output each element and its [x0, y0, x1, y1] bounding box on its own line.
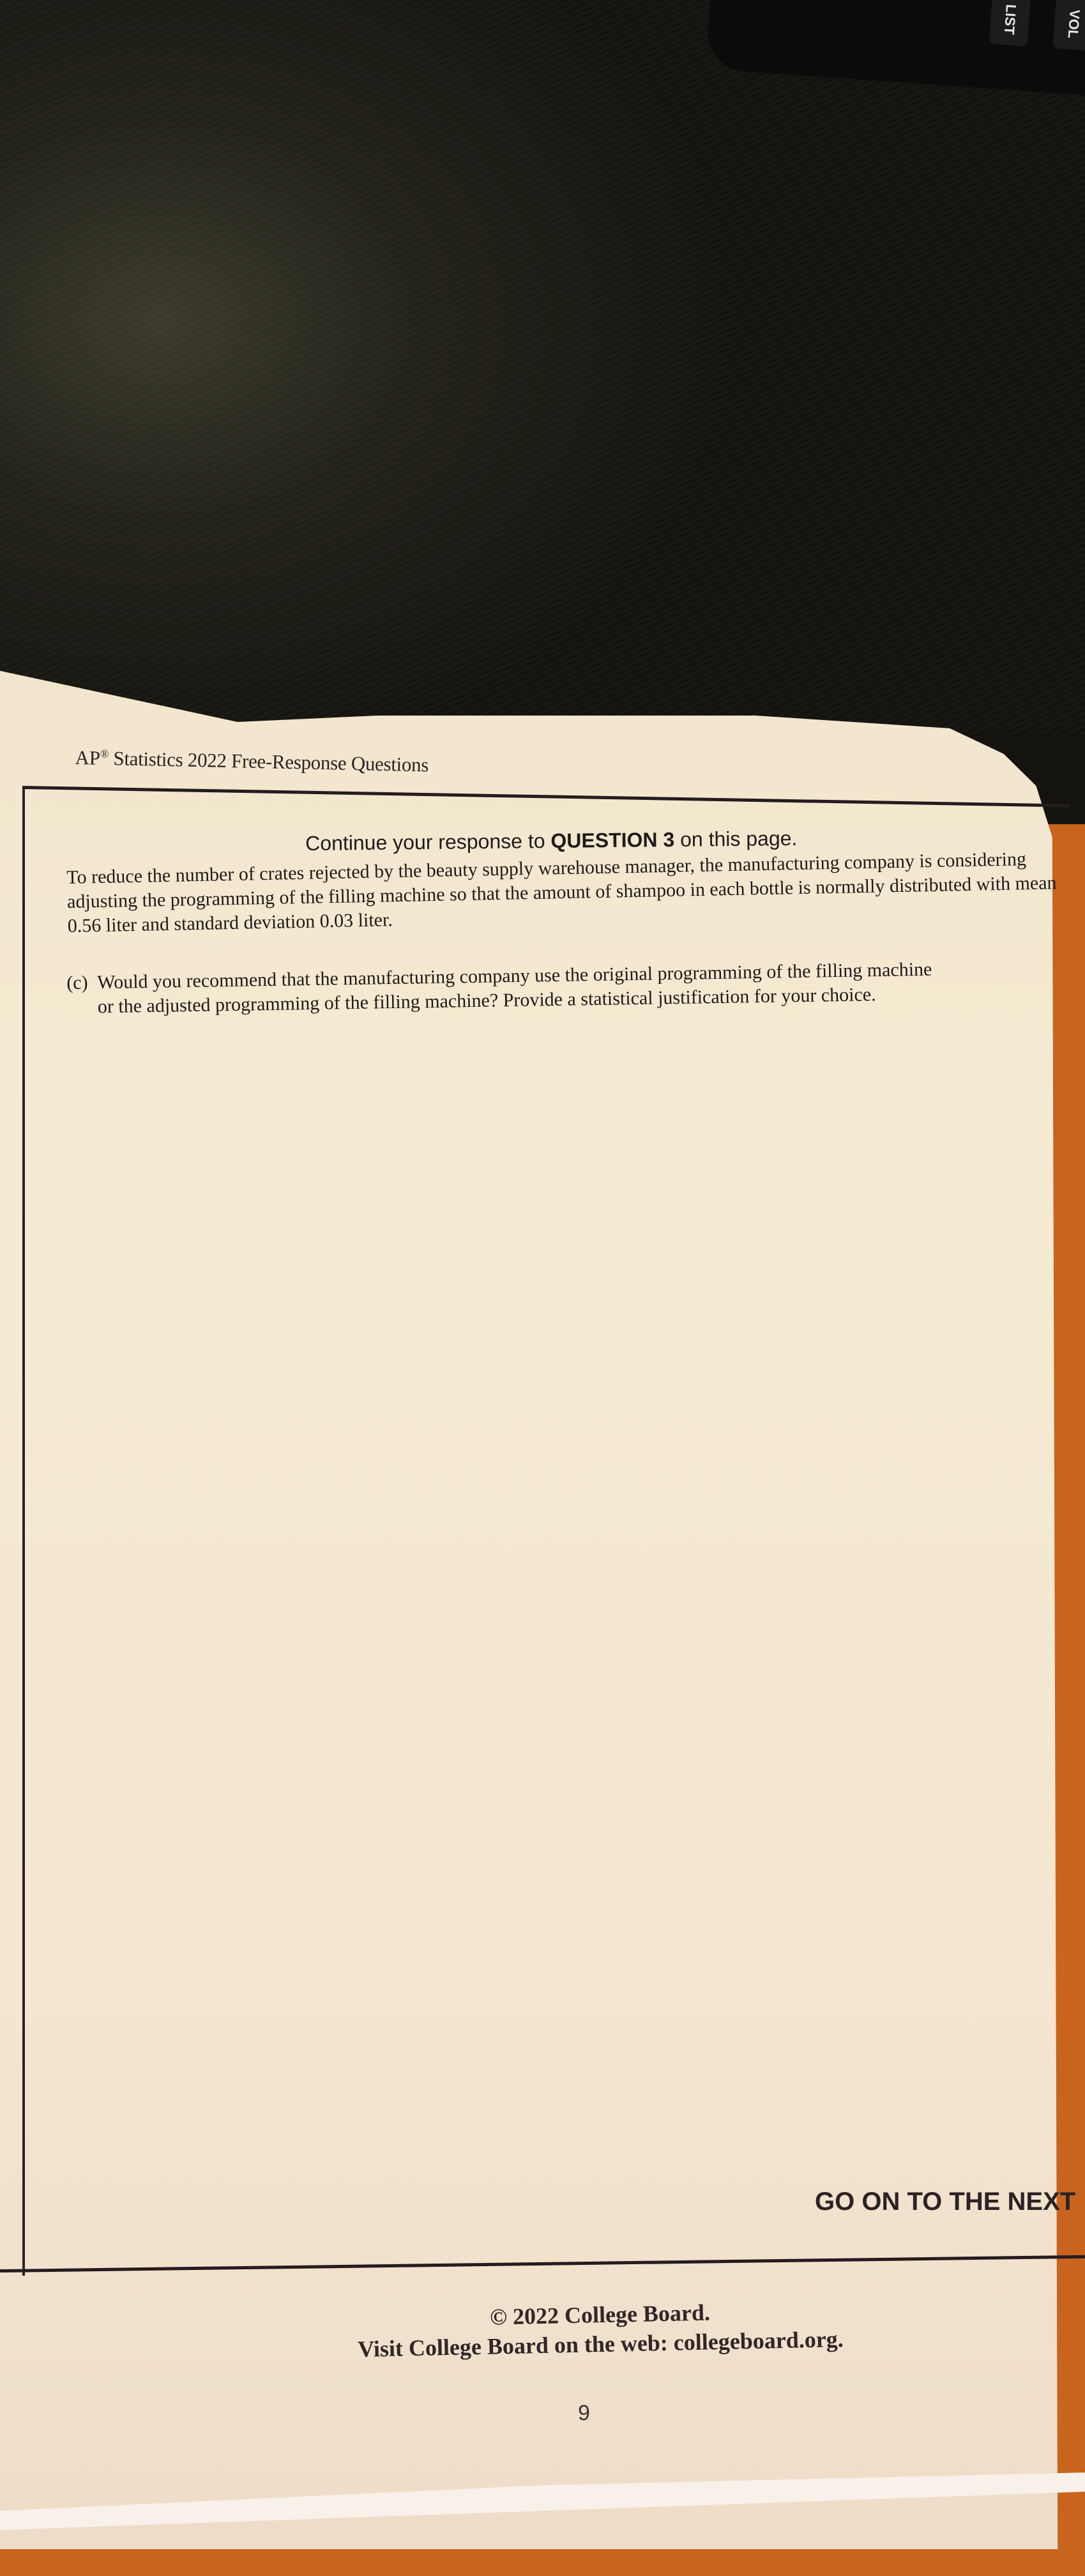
continue-notice-after: on this page.	[674, 827, 798, 851]
registered-mark: ®	[100, 747, 109, 760]
question-number: QUESTION 3	[550, 828, 674, 852]
response-frame-left	[22, 787, 25, 2276]
remote-key-list: LIST	[989, 0, 1031, 47]
page-number: 9	[578, 2401, 590, 2426]
desk-texture	[0, 0, 1085, 735]
remote-key-vol: VOL	[1052, 0, 1085, 50]
continue-notice-before: Continue your response to	[305, 829, 551, 855]
part-c-label: (c)	[66, 970, 98, 995]
footer: © 2022 College Board. Visit College Boar…	[306, 2294, 895, 2365]
go-on-notice: GO ON TO THE NEXT	[815, 2188, 1075, 2216]
running-head-prefix: AP	[75, 746, 100, 769]
